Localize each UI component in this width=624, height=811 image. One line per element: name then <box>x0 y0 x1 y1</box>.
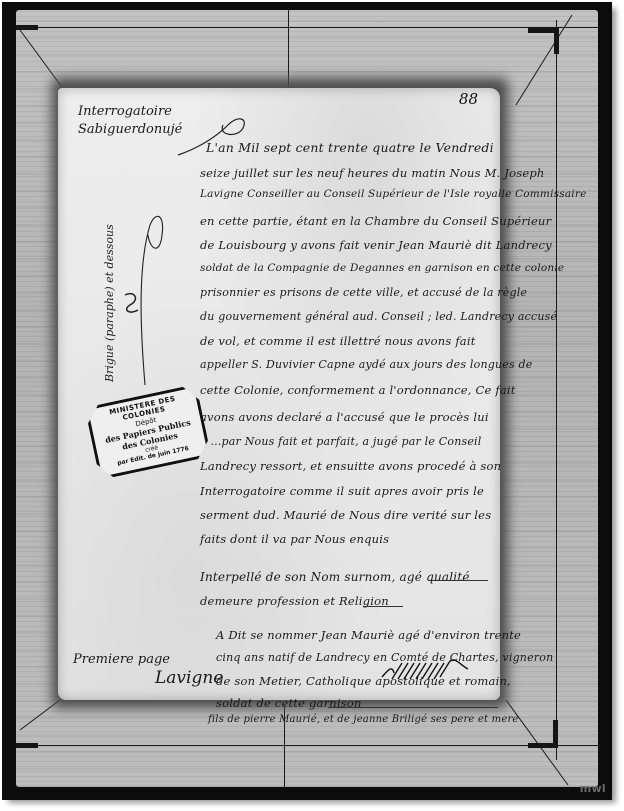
body-line-3: Lavigne Conseiller au Conseil Supérieur … <box>200 188 586 200</box>
vertical-margin-note: Brigue (paraphe) et dessous <box>103 224 116 382</box>
question-line-2: demeure profession et Religion <box>200 594 389 608</box>
body-line-2: seize juillet sur les neuf heures du mat… <box>200 166 545 180</box>
body-line-17: faits dont il va par Nous enquis <box>200 532 389 546</box>
body-line-4: en cette partie, étant en la Chambre du … <box>200 214 551 228</box>
body-line-7: prisonnier es prisons de cette ville, et… <box>200 286 527 299</box>
body-line-8: du gouvernement général aud. Conseil ; l… <box>200 310 557 323</box>
answer-line-5: fils de pierre Maurié, et de jeanne Bril… <box>208 714 519 725</box>
body-line-14: Landrecy ressort, et ensuitte avons proc… <box>200 459 501 473</box>
margin-paraphe-flourish <box>120 205 170 395</box>
signature-right <box>380 655 480 685</box>
body-line-10: appeller S. Duvivier Capne aydé aux jour… <box>200 358 532 371</box>
signature-left-label: Premiere page <box>73 652 170 667</box>
question-rule-2 <box>363 606 403 607</box>
body-line-13: a ...par Nous fait et parfait, a jugé pa… <box>200 435 481 448</box>
body-line-12: avons avons declaré a l'accusé que le pr… <box>200 410 489 424</box>
margin-heading-2: Sabiguerdonujé <box>78 122 182 137</box>
page-number: 88 <box>459 90 478 108</box>
watermark: mwl <box>580 782 606 795</box>
margin-heading-1: Interrogatoire <box>78 104 172 119</box>
answer-rule <box>328 707 498 708</box>
question-line-1: Interpellé de son Nom surnom, agé qualit… <box>200 570 470 584</box>
body-line-16: serment dud. Maurié de Nous dire verité … <box>200 508 491 522</box>
answer-line-1: A Dit se nommer Jean Mauriè agé d'enviro… <box>216 628 521 642</box>
corner-mark-bottom-right-v <box>553 720 558 748</box>
question-rule-1 <box>428 580 488 581</box>
corner-mark-bottom-left <box>16 743 38 748</box>
body-line-9: de vol, et comme il est illettré nous av… <box>200 334 476 348</box>
body-line-15: Interrogatoire comme il suit apres avoir… <box>200 484 484 498</box>
body-line-1: L'an Mil sept cent trente quatre le Vend… <box>206 140 494 155</box>
corner-mark-top-left <box>16 25 38 30</box>
signature-left: Lavigne <box>155 668 223 688</box>
corner-mark-top-right-v <box>554 28 559 54</box>
body-line-6: soldat de la Compagnie de Degannes en ga… <box>200 262 564 274</box>
body-line-11: cette Colonie, conformement a l'ordonnan… <box>200 383 516 397</box>
body-line-5: de Louisbourg y avons fait venir Jean Ma… <box>200 238 552 252</box>
